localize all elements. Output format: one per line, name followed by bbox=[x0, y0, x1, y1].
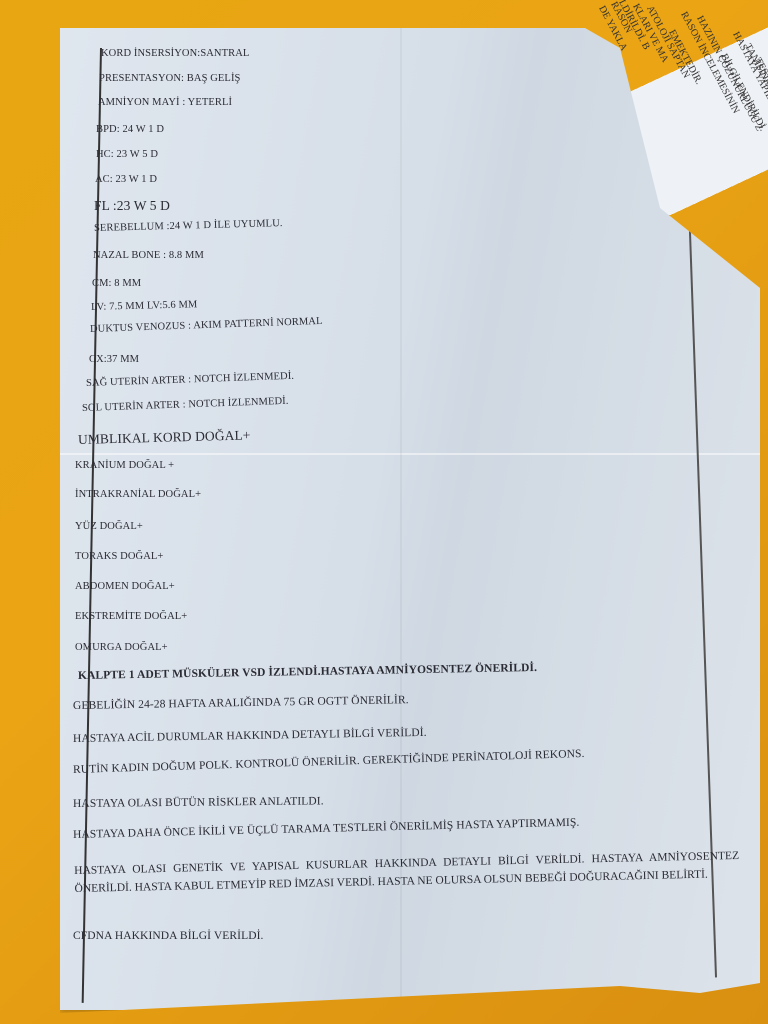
consent-paragraph: HASTAYA OLASI GENETİK VE YAPISAL KUSURLA… bbox=[74, 847, 740, 898]
anatomy-line: ABDOMEN DOĞAL+ bbox=[75, 581, 175, 592]
anatomy-line: YÜZ DOĞAL+ bbox=[75, 521, 143, 532]
finding-line: HC: 23 W 5 D bbox=[96, 149, 158, 160]
finding-line: FL :23 W 5 D bbox=[94, 198, 170, 214]
finding-line: DUKTUS VENOZUS : AKIM PATTERNİ NORMAL bbox=[90, 316, 323, 335]
cfdna-note: CFDNA HAKKINDA BİLGİ VERİLDİ. bbox=[73, 930, 264, 942]
recommendation-line: HASTAYA OLASI BÜTÜN RİSKLER ANLATILDI. bbox=[73, 795, 324, 810]
finding-line: SAĞ UTERİN ARTER : NOTCH İZLENMEDİ. bbox=[86, 371, 294, 389]
finding-line: AC: 23 W 1 D bbox=[95, 174, 157, 185]
finding-line: CX:37 MM bbox=[89, 354, 139, 365]
finding-line: AMNİYON MAYİ : YETERLİ bbox=[98, 97, 232, 108]
finding-line: LV: 7.5 MM LV:5.6 MM bbox=[91, 299, 198, 313]
finding-line: KORD İNSERSİYON:SANTRAL bbox=[101, 48, 249, 59]
finding-line: SEREBELLUM :24 W 1 D İLE UYUMLU. bbox=[94, 218, 283, 234]
recommendation-line: HASTAYA ACİL DURUMLAR HAKKINDA DETAYLI B… bbox=[73, 727, 427, 745]
anatomy-line: OMURGA DOĞAL+ bbox=[75, 642, 168, 653]
finding-line: NAZAL BONE : 8.8 MM bbox=[93, 250, 204, 261]
recommendation-line: GEBELİĞİN 24-28 HAFTA ARALIĞINDA 75 GR O… bbox=[73, 694, 409, 712]
finding-line: SOL UTERİN ARTER : NOTCH İZLENMEDİ. bbox=[82, 396, 289, 414]
anatomy-line: İNTRAKRANİAL DOĞAL+ bbox=[75, 489, 201, 500]
recommendation-line: RUTİN KADIN DOĞUM POLK. KONTROLÜ ÖNERİLİ… bbox=[73, 748, 585, 776]
conclusion-line: KALPTE 1 ADET MÜSKÜLER VSD İZLENDİ.HASTA… bbox=[78, 662, 537, 682]
anatomy-line: KRANİUM DOĞAL + bbox=[75, 460, 174, 471]
anatomy-line: UMBLIKAL KORD DOĞAL+ bbox=[78, 427, 251, 448]
finding-line: BPD: 24 W 1 D bbox=[96, 124, 164, 135]
recommendation-line: HASTAYA DAHA ÖNCE İKİLİ VE ÜÇLÜ TARAMA T… bbox=[73, 817, 580, 841]
finding-line: PRESENTASYON: BAŞ GELİŞ bbox=[99, 73, 240, 84]
anatomy-line: EKSTREMİTE DOĞAL+ bbox=[75, 611, 187, 622]
anatomy-line: TORAKS DOĞAL+ bbox=[75, 551, 163, 562]
finding-line: CM: 8 MM bbox=[92, 278, 141, 289]
report-text: KORD İNSERSİYON:SANTRAL PRESENTASYON: BA… bbox=[0, 0, 768, 1024]
